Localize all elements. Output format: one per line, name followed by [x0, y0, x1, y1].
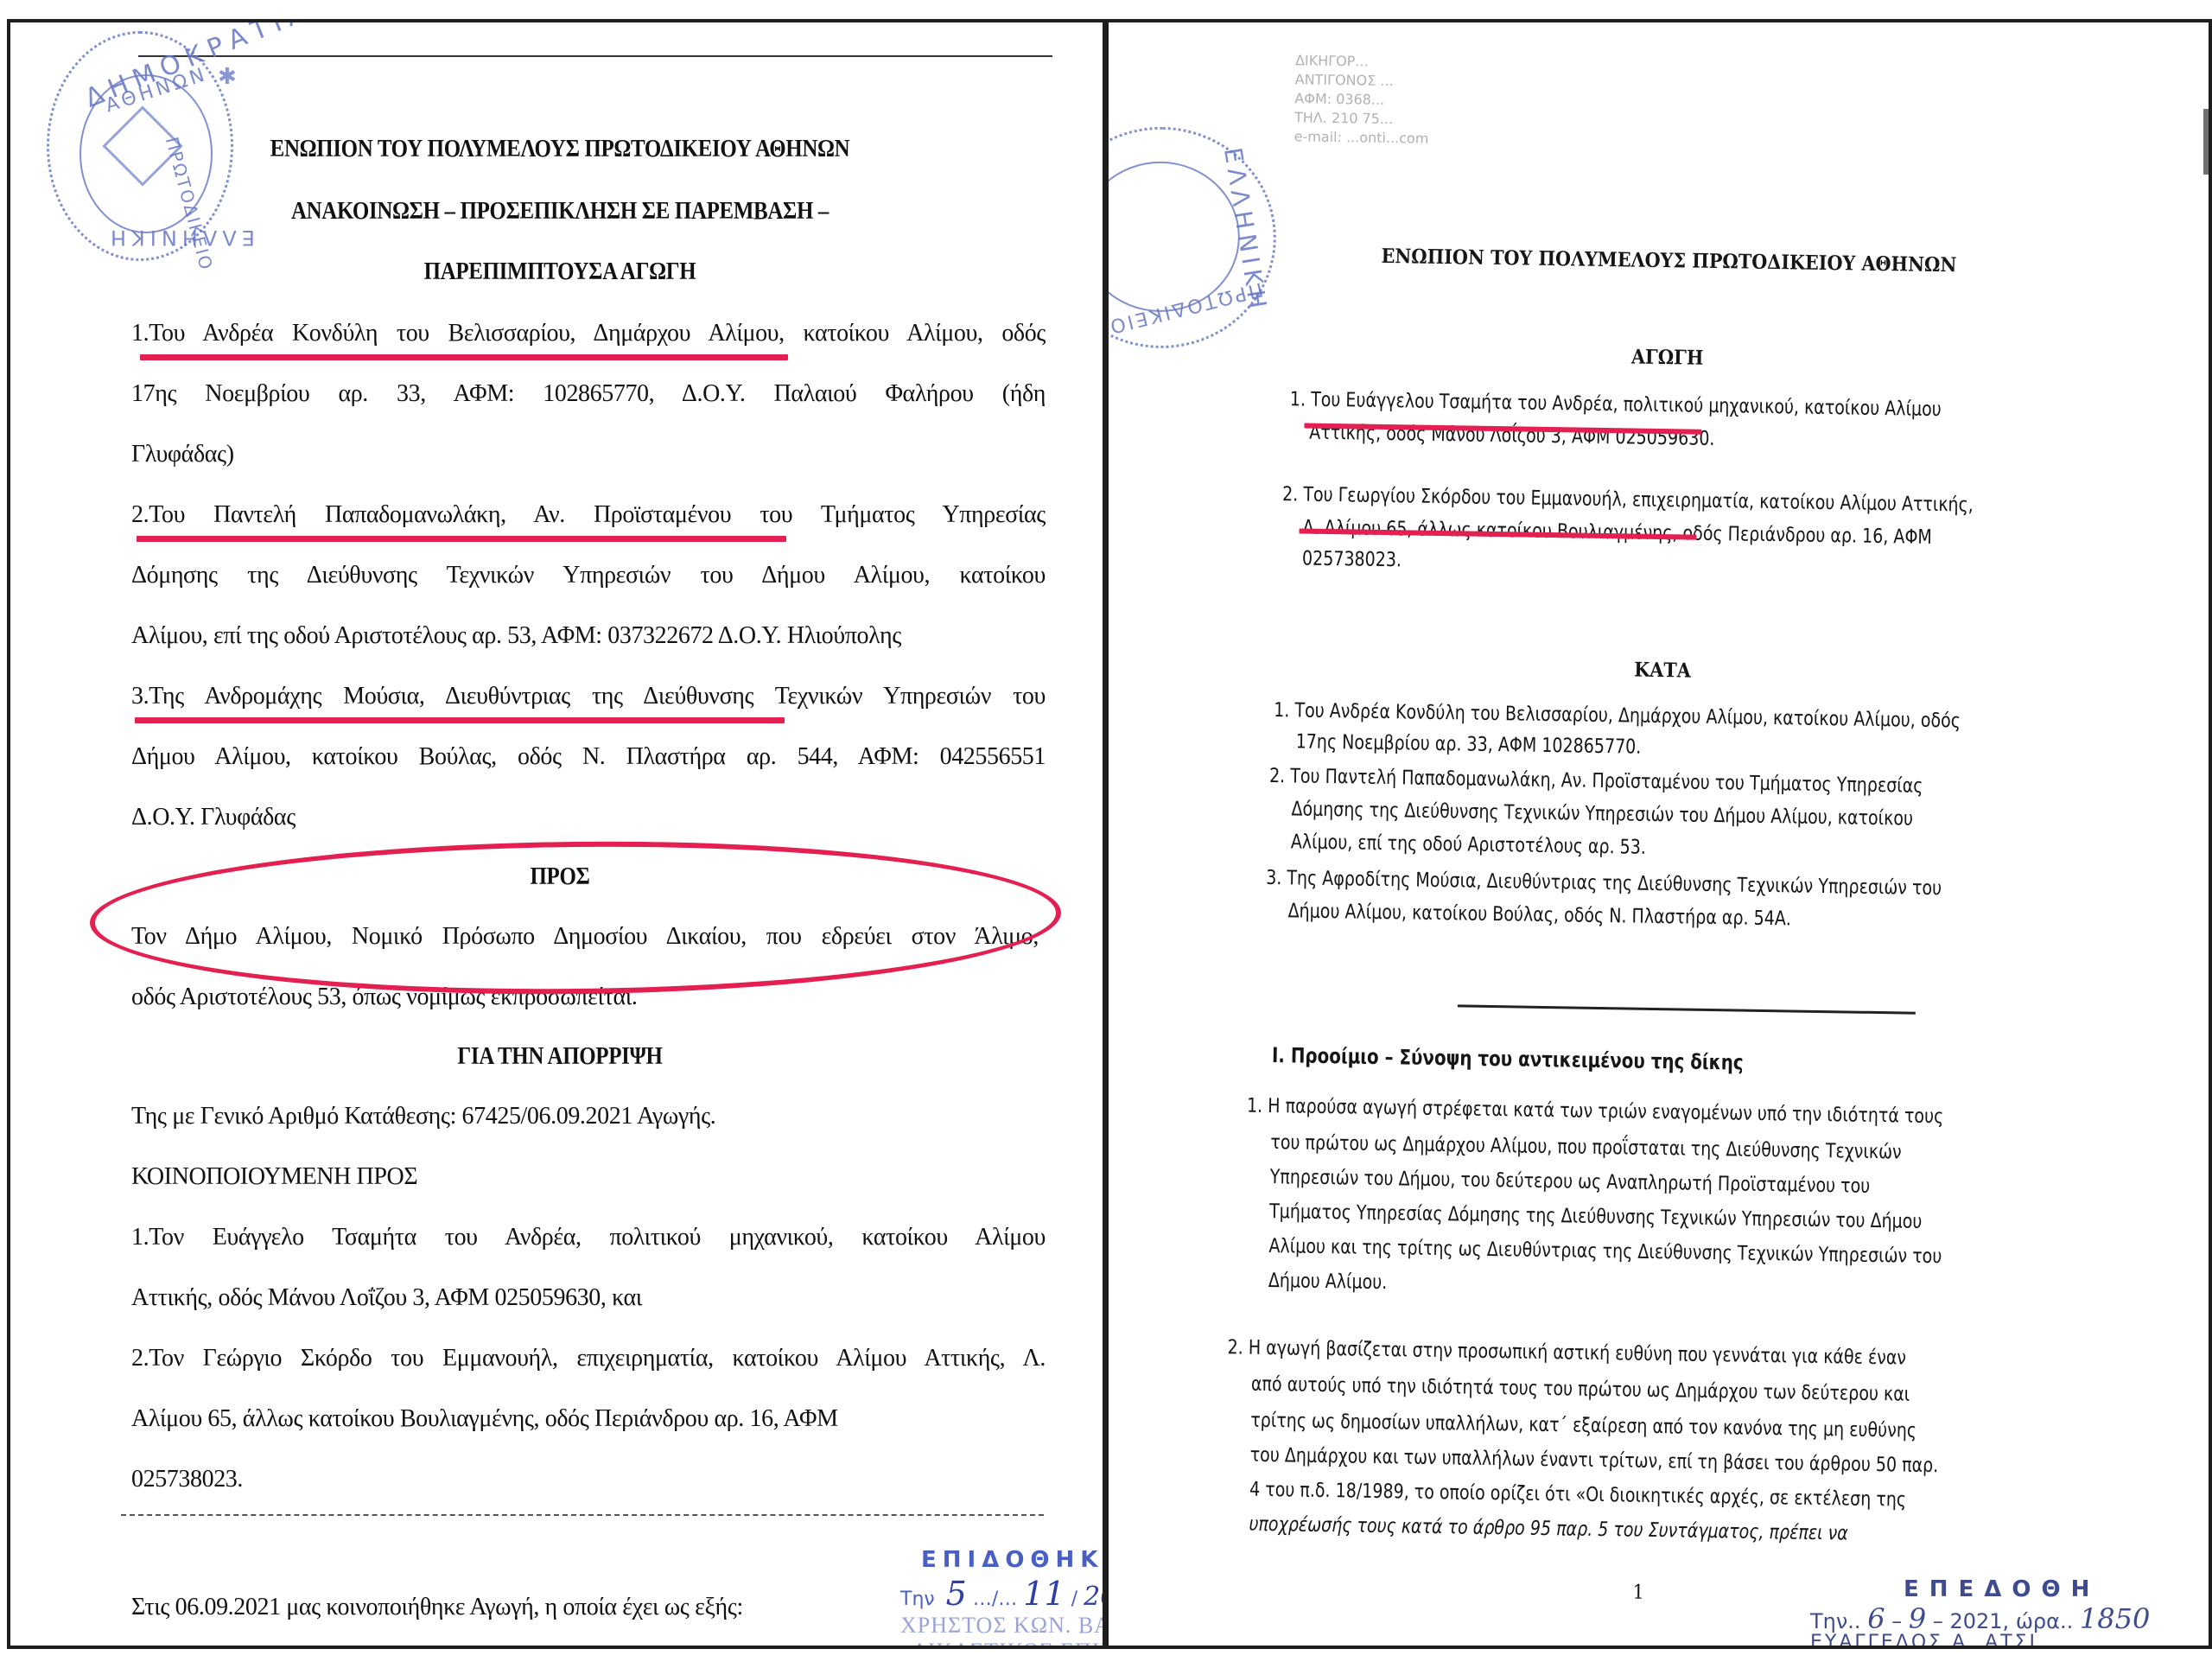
document-title-line-1: ΑΝΑΚΟΙΝΩΣΗ – ΠΡΟΣΕΠΙΚΛΗΣΗ ΣΕ ΠΑΡΕΜΒΑΣΗ –: [87, 197, 1033, 226]
paragraph-2-line-4: του Δημάρχου και των υπαλλήλων έναντι τρ…: [1249, 1444, 1938, 1478]
party-3-line-2: Δήμου Αλίμου, κατοίκου Βούλας, οδός Ν. Π…: [131, 743, 1046, 771]
paragraph-1-line-2: του πρώτου ως Δημάρχου Αλίμου, που προΐσ…: [1270, 1131, 1902, 1163]
paragraph-2-line-1: 2. Η αγωγή βασίζεται στην προσωπική αστι…: [1227, 1336, 1906, 1369]
plaintiff-2-line-3: 025738023.: [1302, 548, 1402, 572]
party-3-line-1: 3.Της Ανδρομάχης Μούσια, Διευθύντριας τη…: [131, 683, 1046, 710]
party-1-line-2: 17ης Νοεμβρίου αρ. 33, ΑΦΜ: 102865770, Δ…: [131, 380, 1046, 408]
lawsuit-heading: ΑΓΩΓΗ: [1169, 338, 2166, 377]
served-time-label: ώρα: [2016, 1609, 2060, 1633]
party-3-line-3: Δ.Ο.Υ. Γλυφάδας: [131, 804, 1046, 831]
document-title-line-2: ΠΑΡΕΠΙΜΠΤΟΥΣΑ ΑΓΩΓΗ: [87, 258, 1033, 286]
served-year: 2021: [1949, 1609, 2002, 1633]
rejection-heading: ΓΙΑ ΤΗΝ ΑΠΟΡΡΙΨΗ: [87, 1042, 1033, 1071]
party-1-line-3: Γλυφάδας): [131, 441, 1046, 468]
defendant-2-line-1: 2. Του Παντελή Παπαδομανωλάκη, Αν. Προϊσ…: [1269, 765, 1923, 798]
section-divider: [121, 1514, 1044, 1516]
served-stamp: ΕΠΙΔΟΘΗΚΕ Την 5 …/… 11 / 2021 & ώρα ΧΡΗΣ…: [900, 1547, 1106, 1649]
header-rule: [138, 55, 1052, 57]
notified-2-line-3: 025738023.: [131, 1466, 1046, 1493]
notified-2-line-1: 2.Τον Γεώργιο Σκόρδο του Εμμανουήλ, επιχ…: [131, 1345, 1046, 1372]
served-month: 9: [1909, 1602, 1926, 1635]
notified-2-line-2: Αλίμου 65, άλλως κατοίκου Βουλιαγμένης, …: [131, 1405, 1046, 1433]
seal-bottom-text: ΕΛΛΗΝΙΚΗ: [105, 226, 255, 250]
paragraph-1-line-5: Αλίμου και της τρίτης ως Διευθύντριας τη…: [1268, 1235, 1942, 1268]
paragraph-2-line-6: υποχρέωσής τους κατά το άρθρο 95 παρ. 5 …: [1249, 1513, 1848, 1545]
paragraph-2-line-3: τρίτης ως δημοσίων υπαλλήλων, κατ΄ εξαίρ…: [1250, 1410, 1916, 1442]
served-month: 11: [1023, 1575, 1065, 1613]
served-day: 6: [1867, 1602, 1885, 1635]
paragraph-2-line-5: 4 του π.δ. 18/1989, το οποίο ορίζει ότι …: [1249, 1479, 1906, 1512]
defendant-1-line-1: 1. Του Ανδρέα Κονδύλη του Βελισσαρίου, Δ…: [1274, 699, 1961, 732]
served-date-prefix: Την: [900, 1588, 935, 1610]
section-divider: [1458, 1004, 1916, 1014]
highlight-ellipse: [89, 837, 1062, 999]
served-day: 5: [946, 1575, 967, 1613]
notified-1-line-2: Αττικής, οδός Μάνου Λοΐζου 3, ΑΦΜ 025059…: [131, 1284, 1046, 1312]
paragraph-1-line-1: 1. Η παρούσα αγωγή στρέφεται κατά των τρ…: [1247, 1095, 1944, 1129]
party-2-line-1: 2.Του Παντελή Παπαδομανωλάκη, Αν. Προϊστ…: [131, 501, 1046, 529]
paragraph-1-line-3: Υπηρεσιών του Δήμου, του δεύτερου ως Ανα…: [1270, 1166, 1871, 1198]
closing-line: Στις 06.09.2021 μας κοινοποιήθηκε Αγωγή,…: [131, 1594, 823, 1621]
defendant-3-line-2: Δήμου Αλίμου, κατοίκου Βούλας, οδός Ν. Π…: [1287, 900, 1791, 930]
seal-star-icon: ✱: [218, 64, 237, 90]
defendant-2-line-2: Δόμησης της Διεύθυνσης Τεχνικών Υπηρεσιώ…: [1291, 798, 1913, 830]
notified-heading: ΚΟΙΝΟΠΟΙΟΥΜΕΝΗ ΠΡΟΣ: [131, 1163, 1046, 1191]
against-heading: ΚΑΤΑ: [1164, 651, 2161, 690]
officer-name: ΧΡΗΣΤΟΣ ΚΩΝ. ΒΑΣΙΛΑ: [900, 1613, 1106, 1639]
document-page-left: ΔΗΜΟΚΡΑΤΙΑ ΑΘΗΝΩΝ ΠΡΩΤΟΔΙΚΕΙΟ ΕΛΛΗΝΙΚΗ ✱…: [7, 19, 1106, 1649]
defendant-2-line-3: Αλίμου, επί της οδού Αριστοτέλους αρ. 53…: [1291, 831, 1646, 858]
defendant-3-line-1: 3. Της Αφροδίτης Μούσια, Διευθύντριας τη…: [1266, 867, 1942, 900]
served-stamp-title: ΕΠΕΔΟΘΗ: [1904, 1576, 2150, 1602]
document-page-right: ΔΙΚΗΓΟΡ... ΑΝΤΙΓΟΝΟΣ ... ΑΦΜ: 0368... ΤΗ…: [1104, 19, 2212, 1649]
plaintiff-2-line-1: 2. Του Γεωργίου Σκόρδου του Εμμανουήλ, ε…: [1282, 483, 1974, 517]
served-stamp: ΕΠΕΔΟΘΗ Την.. 6 – 9 – 2021, ώρα.. 1850 Ε…: [1810, 1576, 2150, 1649]
party-1-line-1: 1.Του Ανδρέα Κονδύλη του Βελισσαρίου, Δη…: [131, 320, 1046, 347]
lawyer-letterhead: ΔΙΚΗΓΟΡ... ΑΝΤΙΓΟΝΟΣ ... ΑΦΜ: 0368... ΤΗ…: [1294, 51, 1429, 148]
highlight-underline: [140, 354, 788, 360]
page-number: 1: [1614, 1581, 1662, 1604]
paragraph-1-line-6: Δήμου Αλίμου.: [1268, 1270, 1388, 1294]
notified-1-line-1: 1.Τον Ευάγγελο Τσαμήτα του Ανδρέα, πολιτ…: [131, 1224, 1046, 1251]
paragraph-1-line-4: Τμήματος Υπηρεσίας Δόμησης της Διεύθυνση…: [1269, 1200, 1923, 1233]
defendant-1-line-2: 17ης Νοεμβρίου αρ. 33, ΑΦΜ 102865770.: [1295, 730, 1641, 758]
filing-number-line: Της με Γενικό Αριθμό Κατάθεσης: 67425/06…: [131, 1103, 1046, 1130]
section-heading: I. Προοίμιο – Σύνοψη του αντικειμένου τη…: [1272, 1043, 1744, 1075]
court-heading: ΕΝΩΠΙΟΝ ΤΟΥ ΠΟΛΥΜΕΛΟΥΣ ΠΡΩΤΟΔΙΚΕΙΟΥ ΑΘΗΝ…: [87, 135, 1033, 163]
served-date-prefix: Την: [1810, 1609, 1847, 1633]
served-year: 2021: [1084, 1582, 1106, 1612]
highlight-underline: [135, 717, 785, 723]
highlight-underline: [137, 536, 786, 542]
officer-title: ΔΙΚΑΣΤΙΚΟΣ ΕΠΙΜΕΛΗΤ: [912, 1639, 1106, 1649]
court-heading: ΕΝΩΠΙΟΝ ΤΟΥ ΠΟΛΥΜΕΛΟΥΣ ΠΡΩΤΟΔΙΚΕΙΟΥ ΑΘΗΝ…: [1170, 241, 2167, 280]
served-time: 1850: [2080, 1602, 2150, 1635]
party-2-line-2: Δόμησης της Διεύθυνσης Τεχνικών Υπηρεσιώ…: [131, 562, 1046, 589]
plaintiff-1-line-1: 1. Του Ευάγγελου Τσαμήτα του Ανδρέα, πολ…: [1290, 388, 1942, 421]
paragraph-2-line-2: από αυτούς υπό την ιδιότητά τους του πρώ…: [1251, 1373, 1910, 1406]
party-2-line-3: Αλίμου, επί της οδού Αριστοτέλους αρ. 53…: [131, 622, 1046, 650]
served-stamp-title: ΕΠΙΔΟΘΗΚΕ: [921, 1547, 1106, 1573]
